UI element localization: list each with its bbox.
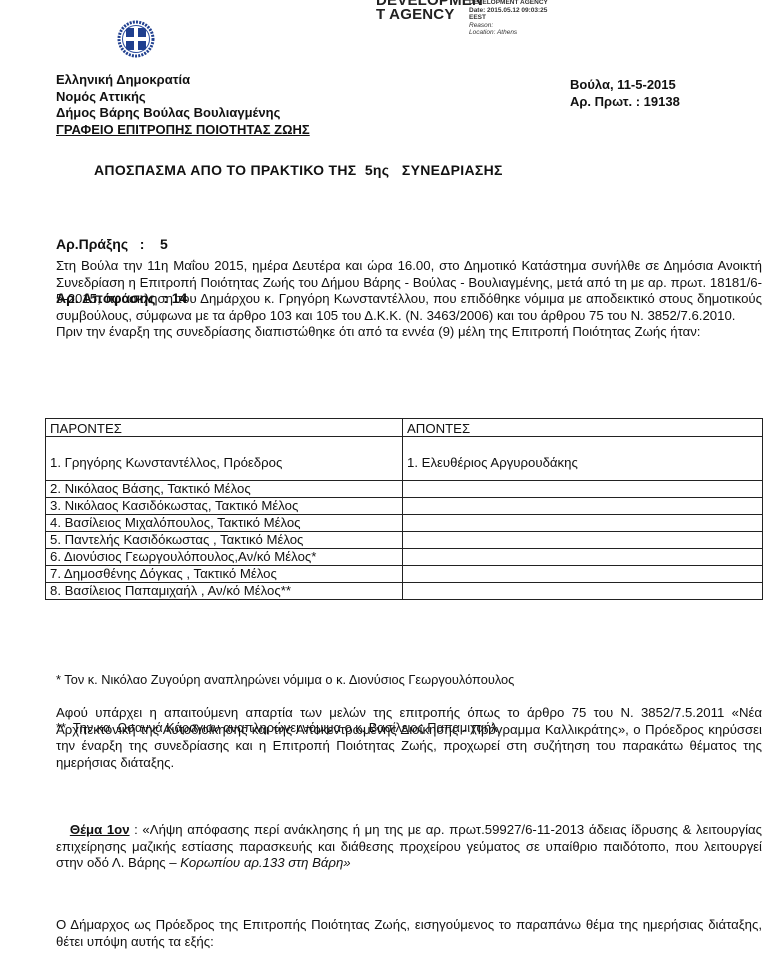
table-row: 3. Νικόλαος Κασιδόκωστας, Τακτικό Μέλος	[46, 498, 763, 515]
municipality-label: Δήμος Βάρης Βούλας Βουλιαγμένης	[56, 105, 310, 122]
office-label: ΓΡΑΦΕΙΟ ΕΠΙΤΡΟΠΗΣ ΠΟΙΟΤΗΤΑΣ ΖΩΗΣ	[56, 122, 310, 139]
present-member: 5. Παντελής Κασιδόκωστας , Τακτικό Μέλος	[46, 532, 403, 549]
absent-member	[403, 583, 763, 600]
attendance-table: ΠΑΡΟΝΤΕΣ ΑΠΟΝΤΕΣ 1. Γρηγόρης Κωνσταντέλλ…	[45, 418, 763, 600]
table-header-row: ΠΑΡΟΝΤΕΣ ΑΠΟΝΤΕΣ	[46, 419, 763, 437]
signature-stamp-org: DEVELOPMEN T AGENCY	[376, 0, 483, 22]
protocol-number: Αρ. Πρωτ. : 19138	[570, 93, 680, 110]
stamp-detail-location: Location: Athens	[469, 29, 548, 37]
present-member: 6. Διονύσιος Γεωργουλόπουλος,Αν/κό Μέλος…	[46, 549, 403, 566]
topic-paragraph: Θέμα 1ον : «Λήψη απόφασης περί ανάκλησης…	[56, 822, 762, 872]
prefecture-label: Νομός Αττικής	[56, 89, 310, 106]
stamp-detail-tz: EEST	[469, 14, 548, 22]
absent-member: 1. Ελευθέριος Αργυρουδάκης	[403, 437, 763, 481]
topic-separator: :	[130, 822, 143, 837]
note-1: * Τον κ. Νικόλαο Ζυγούρη αναπληρώνει νόμ…	[56, 672, 514, 688]
quorum-text: Αφού υπάρχει η απαιτούμενη απαρτία των μ…	[56, 705, 762, 771]
act-number: Αρ.Πράξης : 5	[56, 235, 187, 253]
signature-stamp-details: DEVELOPMENT AGENCY Date: 2015.05.12 09:0…	[469, 0, 548, 37]
intro-text: Στη Βούλα την 11η Μαΐου 2015, ημέρα Δευτ…	[56, 258, 762, 324]
closing-text: Ο Δήμαρχος ως Πρόεδρος της Επιτροπής Ποι…	[56, 917, 762, 950]
table-row: 6. Διονύσιος Γεωργουλόπουλος,Αν/κό Μέλος…	[46, 549, 763, 566]
table-row: 8. Βασίλειος Παπαμιχαήλ , Αν/κό Μέλος**	[46, 583, 763, 600]
document-title: ΑΠΟΣΠΑΣΜΑ ΑΠΟ ΤΟ ΠΡΑΚΤΙΚΟ ΤΗΣ 5ης ΣΥΝΕΔΡ…	[94, 162, 503, 178]
absent-member	[403, 532, 763, 549]
present-member: 1. Γρηγόρης Κωνσταντέλλος, Πρόεδρος	[46, 437, 403, 481]
table-row: 1. Γρηγόρης Κωνσταντέλλος, Πρόεδρος 1. Ε…	[46, 437, 763, 481]
column-header-absent: ΑΠΟΝΤΕΣ	[403, 419, 763, 437]
issuer-block: Ελληνική Δημοκρατία Νομός Αττικής Δήμος …	[56, 72, 310, 138]
absent-member	[403, 498, 763, 515]
closing-paragraph: Ο Δήμαρχος ως Πρόεδρος της Επιτροπής Ποι…	[56, 917, 762, 950]
stamp-detail-date: Date: 2015.05.12 09:03:25	[469, 7, 548, 15]
present-member: 2. Νικόλαος Βάσης, Τακτικό Μέλος	[46, 481, 403, 498]
topic-text: «Λήψη απόφασης περί ανάκλησης ή μη της μ…	[56, 822, 762, 870]
date-protocol-block: Βούλα, 11-5-2015 Αρ. Πρωτ. : 19138	[570, 76, 680, 110]
column-header-present: ΠΑΡΟΝΤΕΣ	[46, 419, 403, 437]
intro-paragraph: Στη Βούλα την 11η Μαΐου 2015, ημέρα Δευτ…	[56, 258, 762, 341]
place-date: Βούλα, 11-5-2015	[570, 76, 680, 93]
stamp-org-line2: T AGENCY	[376, 8, 483, 22]
topic-text-address: Κορωπίου αρ.133 στη Βάρη»	[180, 855, 350, 870]
greek-coat-of-arms-icon	[117, 20, 155, 58]
present-member: 8. Βασίλειος Παπαμιχαήλ , Αν/κό Μέλος**	[46, 583, 403, 600]
intro-text-members: Πριν την έναρξη της συνεδρίασης διαπιστώ…	[56, 324, 762, 341]
absent-member	[403, 566, 763, 583]
present-member: 3. Νικόλαος Κασιδόκωστας, Τακτικό Μέλος	[46, 498, 403, 515]
absent-member	[403, 481, 763, 498]
absent-member	[403, 515, 763, 532]
quorum-paragraph: Αφού υπάρχει η απαιτούμενη απαρτία των μ…	[56, 705, 762, 771]
table-row: 4. Βασίλειος Μιχαλόπουλος, Τακτικό Μέλος	[46, 515, 763, 532]
republic-label: Ελληνική Δημοκρατία	[56, 72, 310, 89]
stamp-detail-org: DEVELOPMENT AGENCY	[469, 0, 548, 7]
table-row: 2. Νικόλαος Βάσης, Τακτικό Μέλος	[46, 481, 763, 498]
present-member: 7. Δημοσθένης Δόγκας , Τακτικό Μέλος	[46, 566, 403, 583]
topic-label: Θέμα 1ον	[70, 822, 130, 837]
absent-member	[403, 549, 763, 566]
stamp-detail-reason: Reason:	[469, 22, 548, 30]
table-row: 7. Δημοσθένης Δόγκας , Τακτικό Μέλος	[46, 566, 763, 583]
topic-text-block: Θέμα 1ον : «Λήψη απόφασης περί ανάκλησης…	[56, 822, 762, 872]
table-row: 5. Παντελής Κασιδόκωστας , Τακτικό Μέλος	[46, 532, 763, 549]
present-member: 4. Βασίλειος Μιχαλόπουλος, Τακτικό Μέλος	[46, 515, 403, 532]
